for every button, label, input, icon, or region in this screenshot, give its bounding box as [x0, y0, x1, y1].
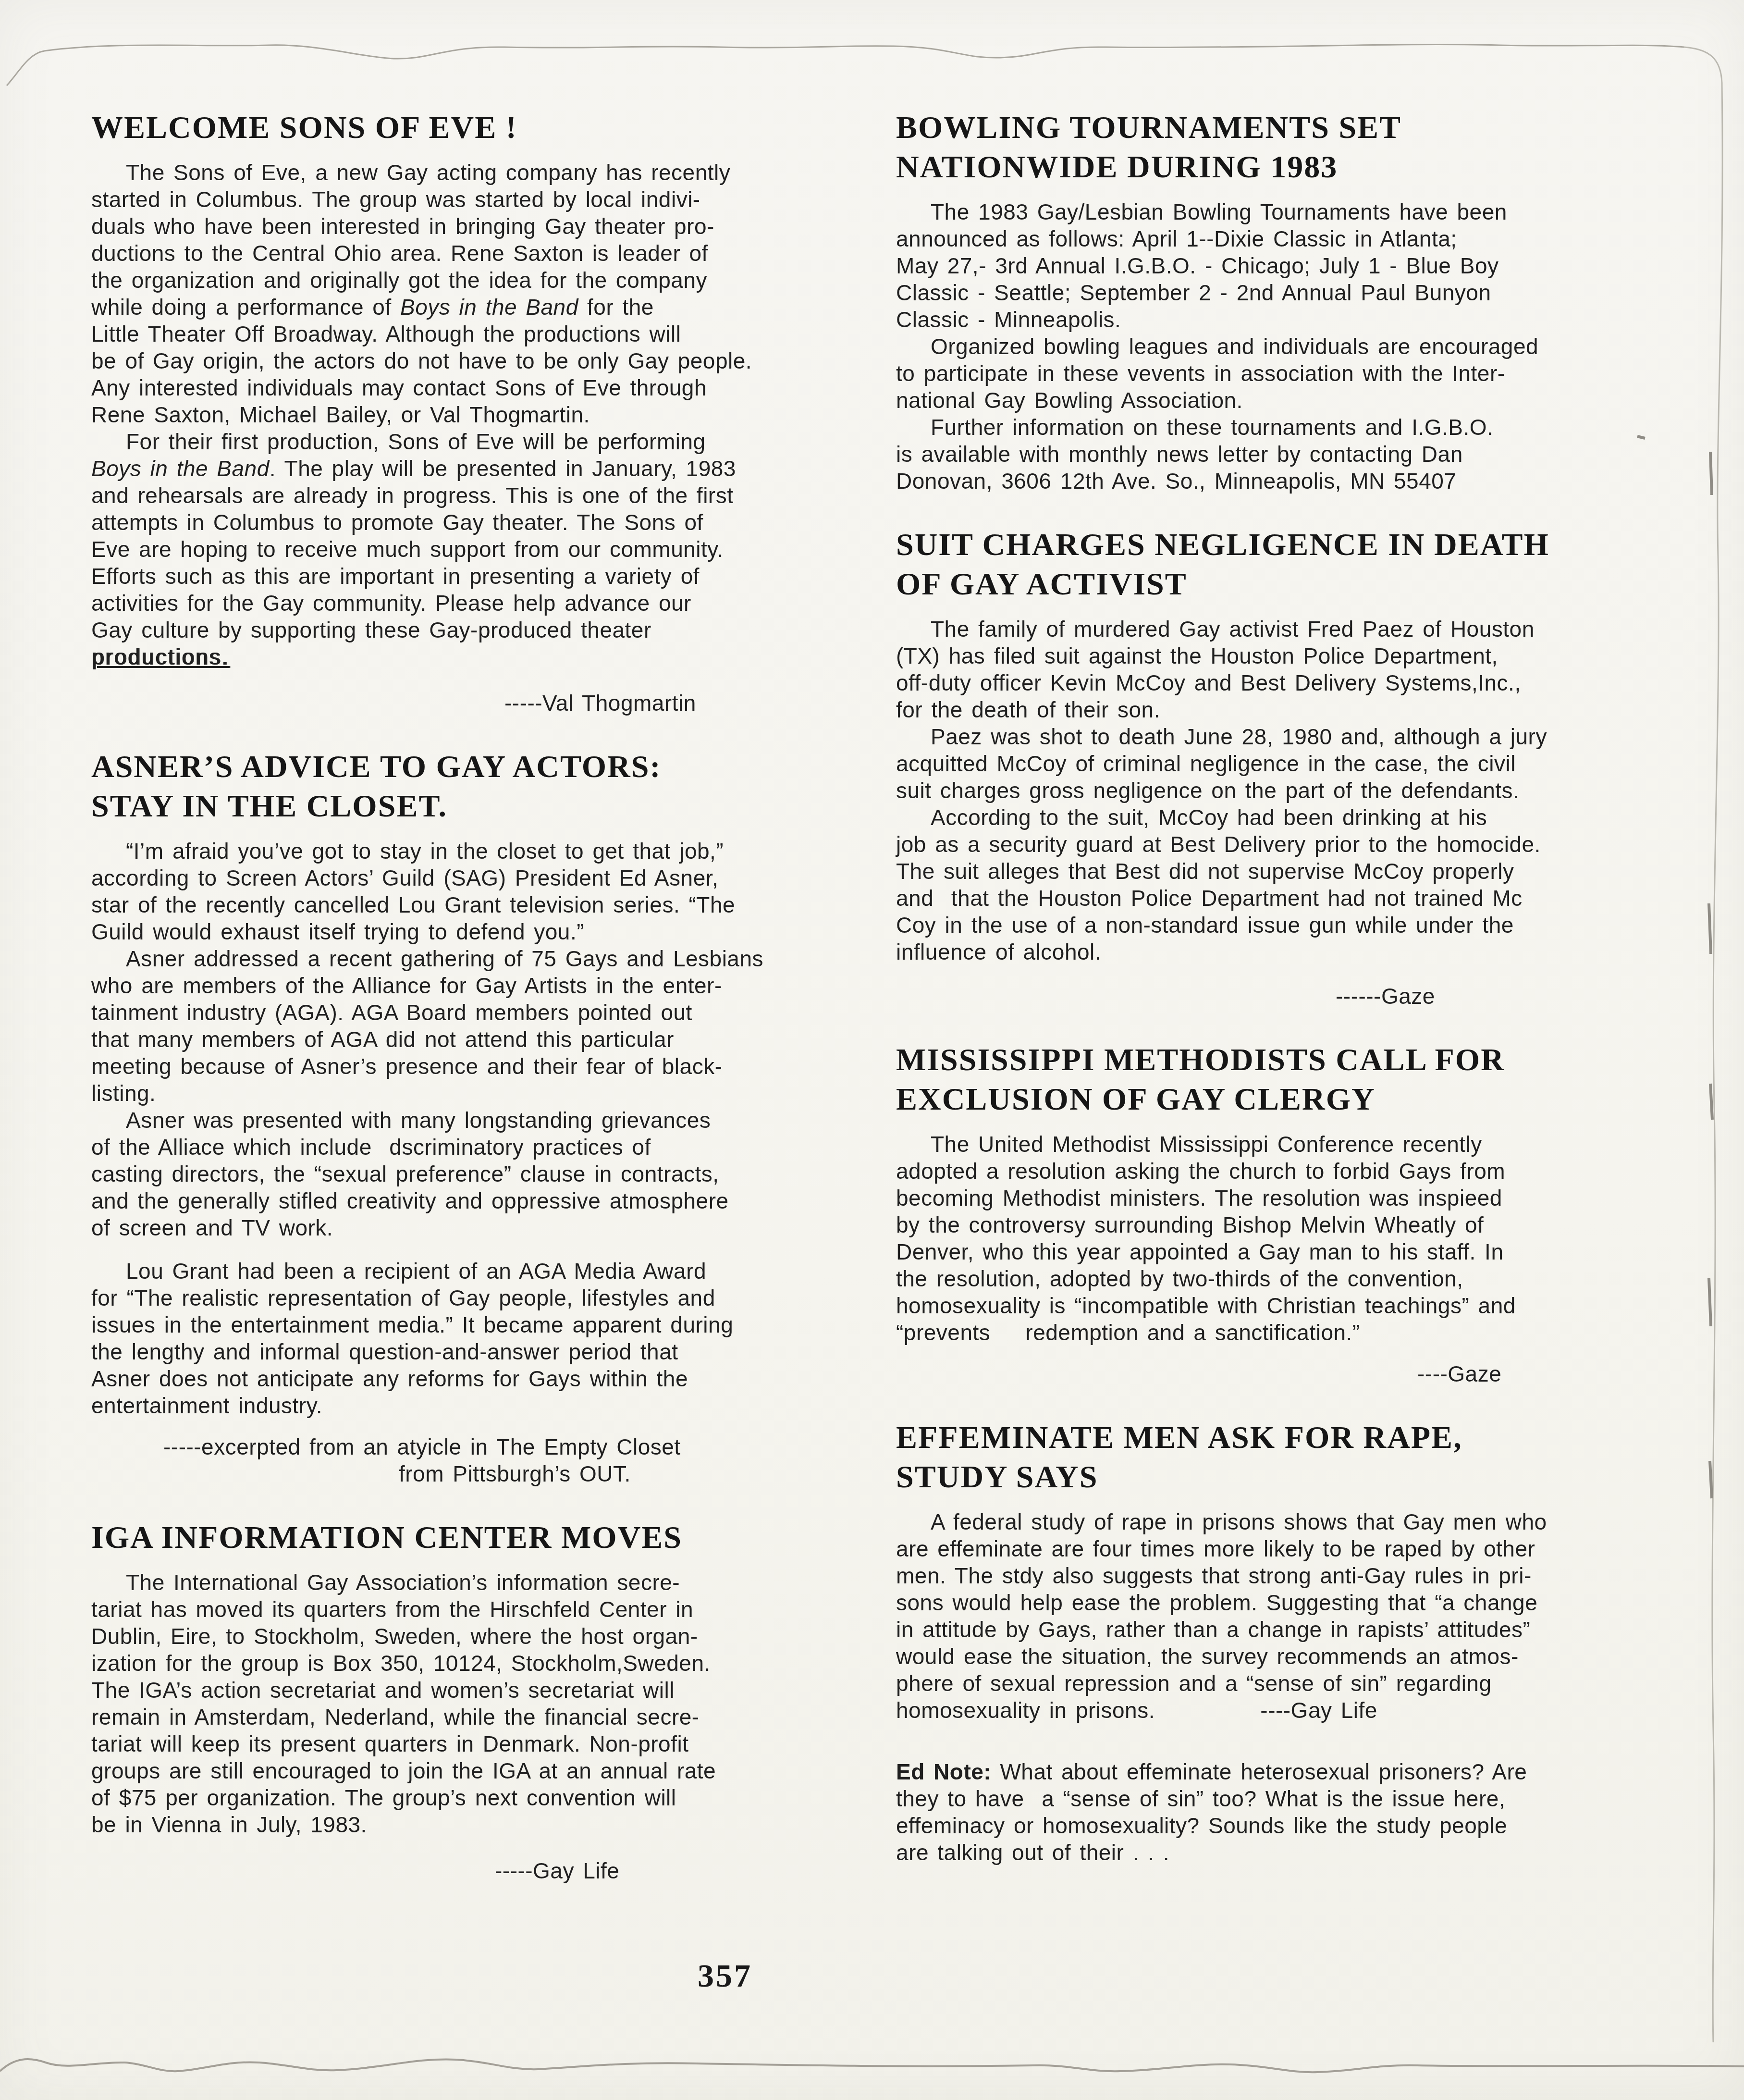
text-line: For their first production, Sons of Eve … — [91, 428, 884, 455]
article-welcome-sons-of-eve: WELCOME SONS OF EVE !The Sons of Eve, a … — [91, 108, 884, 716]
text-line: sons would help ease the problem. Sugges… — [896, 1589, 1713, 1616]
text-line: The IGA’s action secretariat and women’s… — [91, 1677, 884, 1704]
paragraph: “I’m afraid you’ve got to stay in the cl… — [91, 838, 884, 945]
text-line: national Gay Bowling Association. — [896, 387, 1713, 414]
text-line: A federal study of rape in prisons shows… — [896, 1508, 1713, 1535]
article-effeminate-men-study: EFFEMINATE MEN ASK FOR RAPE,STUDY SAYSA … — [896, 1418, 1713, 1866]
article-byline: ----Gaze — [896, 1360, 1713, 1387]
text-line: The family of murdered Gay activist Fred… — [896, 616, 1713, 642]
text-line: announced as follows: April 1--Dixie Cla… — [896, 225, 1713, 252]
text-line: -----excerpted from an atyicle in The Em… — [91, 1433, 884, 1460]
text-line: by the controversy surrounding Bishop Me… — [896, 1211, 1713, 1238]
scanned-newsletter-page: WELCOME SONS OF EVE !The Sons of Eve, a … — [0, 0, 1744, 2100]
text-line: tariat will keep its present quarters in… — [91, 1730, 884, 1757]
article-byline: -----Val Thogmartin — [91, 690, 884, 716]
text-line: Guild would exhaust itself trying to def… — [91, 918, 884, 945]
text-line: tainment industry (AGA). AGA Board membe… — [91, 999, 884, 1026]
paragraph: Organized bowling leagues and individual… — [896, 333, 1713, 414]
article-title-line: WELCOME SONS OF EVE ! — [91, 108, 884, 148]
text-line: homosexuality is “incompatible with Chri… — [896, 1292, 1713, 1319]
text-line: ization for the group is Box 350, 10124,… — [91, 1650, 884, 1677]
text-line: and the generally stifled creativity and… — [91, 1187, 884, 1214]
text-line: of the Alliace which include dscriminato… — [91, 1134, 884, 1161]
text-line: Gay culture by supporting these Gay-prod… — [91, 617, 884, 643]
paragraph: Further information on these tournaments… — [896, 414, 1713, 494]
text-line: ----Gaze — [896, 1360, 1713, 1387]
article-title-line: STUDY SAYS — [896, 1458, 1713, 1497]
paragraph: Asner addressed a recent gathering of 75… — [91, 945, 884, 1107]
text-line: Classic - Seattle; September 2 - 2nd Ann… — [896, 279, 1713, 306]
text-line: Any interested individuals may contact S… — [91, 374, 884, 401]
text-line: and rehearsals are already in progress. … — [91, 482, 884, 509]
text-line: in attitude by Gays, rather than a chang… — [896, 1616, 1713, 1643]
article-title-line: NATIONWIDE DURING 1983 — [896, 148, 1713, 187]
text-line: groups are still encouraged to join the … — [91, 1757, 884, 1784]
text-line: productions. — [91, 643, 884, 670]
text-line: according to Screen Actors’ Guild (SAG) … — [91, 865, 884, 891]
article-byline: ------Gaze — [896, 983, 1713, 1010]
article-title: IGA INFORMATION CENTER MOVES — [91, 1518, 884, 1557]
left-column: WELCOME SONS OF EVE !The Sons of Eve, a … — [91, 108, 884, 1884]
text-line: Asner addressed a recent gathering of 75… — [91, 945, 884, 972]
text-line: Further information on these tournaments… — [896, 414, 1713, 441]
paragraph: Lou Grant had been a recipient of an AGA… — [91, 1258, 884, 1419]
text-line: May 27,- 3rd Annual I.G.B.O. - Chicago; … — [896, 252, 1713, 279]
text-line: “I’m afraid you’ve got to stay in the cl… — [91, 838, 884, 865]
article-title: ASNER’S ADVICE TO GAY ACTORS:STAY IN THE… — [91, 747, 884, 826]
article-byline: -----excerpted from an atyicle in The Em… — [91, 1433, 884, 1487]
article-title-line: EFFEMINATE MEN ASK FOR RAPE, — [896, 1418, 1713, 1458]
paragraph: According to the suit, McCoy had been dr… — [896, 804, 1713, 965]
text-line: for “The realistic representation of Gay… — [91, 1285, 884, 1311]
paragraph: The family of murdered Gay activist Fred… — [896, 616, 1713, 723]
article-title-line: BOWLING TOURNAMENTS SET — [896, 108, 1713, 148]
text-line: meeting because of Asner’s presence and … — [91, 1053, 884, 1080]
text-line: (TX) has filed suit against the Houston … — [896, 642, 1713, 669]
article-title-line: MISSISSIPPI METHODISTS CALL FOR — [896, 1040, 1713, 1080]
text-line: they to have a “sense of sin” too? What … — [896, 1785, 1713, 1812]
text-line: men. The stdy also suggests that strong … — [896, 1562, 1713, 1589]
text-line: Efforts such as this are important in pr… — [91, 563, 884, 590]
text-line: Little Theater Off Broadway. Although th… — [91, 321, 884, 347]
text-line: Asner does not anticipate any reforms fo… — [91, 1365, 884, 1392]
text-line: tariat has moved its quarters from the H… — [91, 1596, 884, 1623]
text-line: would ease the situation, the survey rec… — [896, 1643, 1713, 1670]
text-line: adopted a resolution asking the church t… — [896, 1158, 1713, 1185]
text-line: suit charges gross negligence on the par… — [896, 777, 1713, 804]
text-line: off-duty officer Kevin McCoy and Best De… — [896, 669, 1713, 696]
text-line: -----Val Thogmartin — [91, 690, 884, 716]
article-iga-information-center-moves: IGA INFORMATION CENTER MOVESThe Internat… — [91, 1518, 884, 1884]
bottom-edge-scan-line — [0, 2059, 1744, 2072]
text-line: The Sons of Eve, a new Gay acting compan… — [91, 159, 884, 186]
text-line: star of the recently cancelled Lou Grant… — [91, 891, 884, 918]
page-number: 357 — [698, 1957, 752, 1995]
text-line: be of Gay origin, the actors do not have… — [91, 347, 884, 374]
paragraph: The United Methodist Mississippi Confere… — [896, 1131, 1713, 1346]
text-line: Organized bowling leagues and individual… — [896, 333, 1713, 360]
article-asners-advice-stay-in-the-closet: ASNER’S ADVICE TO GAY ACTORS:STAY IN THE… — [91, 747, 884, 1487]
text-line: becoming Methodist ministers. The resolu… — [896, 1185, 1713, 1211]
text-line: Denver, who this year appointed a Gay ma… — [896, 1238, 1713, 1265]
text-line: are talking out of their . . . — [896, 1839, 1713, 1866]
text-line: job as a security guard at Best Delivery… — [896, 831, 1713, 858]
text-line: acquitted McCoy of criminal negligence i… — [896, 750, 1713, 777]
article-title-line: SUIT CHARGES NEGLIGENCE IN DEATH — [896, 525, 1713, 565]
text-line: Classic - Minneapolis. — [896, 306, 1713, 333]
paragraph: For their first production, Sons of Eve … — [91, 428, 884, 670]
text-line: casting directors, the “sexual preferenc… — [91, 1161, 884, 1187]
text-line: The United Methodist Mississippi Confere… — [896, 1131, 1713, 1158]
text-line: started in Columbus. The group was start… — [91, 186, 884, 213]
text-line: Paez was shot to death June 28, 1980 and… — [896, 723, 1713, 750]
text-line: Donovan, 3606 12th Ave. So., Minneapolis… — [896, 468, 1713, 494]
text-line: Eve are hoping to receive much support f… — [91, 536, 884, 563]
text-line: listing. — [91, 1080, 884, 1107]
top-edge-scan-line — [7, 44, 1684, 86]
paragraph: Asner was presented with many longstandi… — [91, 1107, 884, 1241]
text-line: is available with monthly news letter by… — [896, 441, 1713, 468]
text-line: The 1983 Gay/Lesbian Bowling Tournaments… — [896, 198, 1713, 225]
text-line: the resolution, adopted by two-thirds of… — [896, 1265, 1713, 1292]
article-title-line: OF GAY ACTIVIST — [896, 565, 1713, 604]
article-title-line: ASNER’S ADVICE TO GAY ACTORS: — [91, 747, 884, 787]
text-line: that many members of AGA did not attend … — [91, 1026, 884, 1053]
paragraph: A federal study of rape in prisons shows… — [896, 1508, 1713, 1724]
article-title: MISSISSIPPI METHODISTS CALL FOREXCLUSION… — [896, 1040, 1713, 1119]
article-suit-charges-negligence: SUIT CHARGES NEGLIGENCE IN DEATHOF GAY A… — [896, 525, 1713, 1010]
text-line: of screen and TV work. — [91, 1214, 884, 1241]
text-line: activities for the Gay community. Please… — [91, 590, 884, 617]
article-mississippi-methodists: MISSISSIPPI METHODISTS CALL FOREXCLUSION… — [896, 1040, 1713, 1387]
text-line: the organization and originally got the … — [91, 267, 884, 294]
article-title-line: STAY IN THE CLOSET. — [91, 787, 884, 826]
article-title: SUIT CHARGES NEGLIGENCE IN DEATHOF GAY A… — [896, 525, 1713, 604]
text-line: -----Gay Life — [91, 1857, 884, 1884]
text-line: to participate in these vevents in assoc… — [896, 360, 1713, 387]
text-line: of $75 per organization. The group’s nex… — [91, 1784, 884, 1811]
article-title-line: EXCLUSION OF GAY CLERGY — [896, 1080, 1713, 1119]
text-line: ------Gaze — [896, 983, 1713, 1010]
paragraph: Ed Note: What about effeminate heterosex… — [896, 1758, 1713, 1866]
text-line: issues in the entertainment media.” It b… — [91, 1311, 884, 1338]
text-line: Ed Note: What about effeminate heterosex… — [896, 1758, 1713, 1785]
text-line: the lengthy and informal question-and-an… — [91, 1338, 884, 1365]
text-line: The suit alleges that Best did not super… — [896, 858, 1713, 885]
article-title-line: IGA INFORMATION CENTER MOVES — [91, 1518, 884, 1557]
text-line: entertainment industry. — [91, 1392, 884, 1419]
text-line: The International Gay Association’s info… — [91, 1569, 884, 1596]
text-line: influence of alcohol. — [896, 939, 1713, 965]
text-line: who are members of the Alliance for Gay … — [91, 972, 884, 999]
text-line: are effeminate are four times more likel… — [896, 1535, 1713, 1562]
text-line: Coy in the use of a non-standard issue g… — [896, 912, 1713, 939]
paragraph: The Sons of Eve, a new Gay acting compan… — [91, 159, 884, 428]
article-byline: -----Gay Life — [91, 1857, 884, 1884]
text-line: be in Vienna in July, 1983. — [91, 1811, 884, 1838]
right-column: BOWLING TOURNAMENTS SETNATIONWIDE DURING… — [896, 108, 1713, 1866]
text-line: ductions to the Central Ohio area. Rene … — [91, 240, 884, 267]
paragraph: Paez was shot to death June 28, 1980 and… — [896, 723, 1713, 804]
text-line: “prevents redemption and a sanctificatio… — [896, 1319, 1713, 1346]
text-line: Lou Grant had been a recipient of an AGA… — [91, 1258, 884, 1285]
text-line: According to the suit, McCoy had been dr… — [896, 804, 1713, 831]
text-line: while doing a performance of Boys in the… — [91, 294, 884, 321]
paragraph: The International Gay Association’s info… — [91, 1569, 884, 1838]
text-line: and that the Houston Police Department h… — [896, 885, 1713, 912]
text-line: Asner was presented with many longstandi… — [91, 1107, 884, 1134]
article-title: BOWLING TOURNAMENTS SETNATIONWIDE DURING… — [896, 108, 1713, 187]
text-line: phere of sexual repression and a “sense … — [896, 1670, 1713, 1697]
text-line: remain in Amsterdam, Nederland, while th… — [91, 1704, 884, 1730]
text-line: Boys in the Band. The play will be prese… — [91, 455, 884, 482]
text-line: attempts in Columbus to promote Gay thea… — [91, 509, 884, 536]
text-line: duals who have been interested in bringi… — [91, 213, 884, 240]
text-line: effeminacy or homosexuality? Sounds like… — [896, 1812, 1713, 1839]
paragraph: The 1983 Gay/Lesbian Bowling Tournaments… — [896, 198, 1713, 333]
text-line: Dublin, Eire, to Stockholm, Sweden, wher… — [91, 1623, 884, 1650]
text-line: for the death of their son. — [896, 696, 1713, 723]
text-line: Rene Saxton, Michael Bailey, or Val Thog… — [91, 401, 884, 428]
text-line: from Pittsburgh’s OUT. — [91, 1460, 884, 1487]
article-bowling-tournaments-1983: BOWLING TOURNAMENTS SETNATIONWIDE DURING… — [896, 108, 1713, 494]
text-line: homosexuality in prisons. ----Gay Life — [896, 1697, 1713, 1724]
article-title: EFFEMINATE MEN ASK FOR RAPE,STUDY SAYS — [896, 1418, 1713, 1497]
article-title: WELCOME SONS OF EVE ! — [91, 108, 884, 148]
